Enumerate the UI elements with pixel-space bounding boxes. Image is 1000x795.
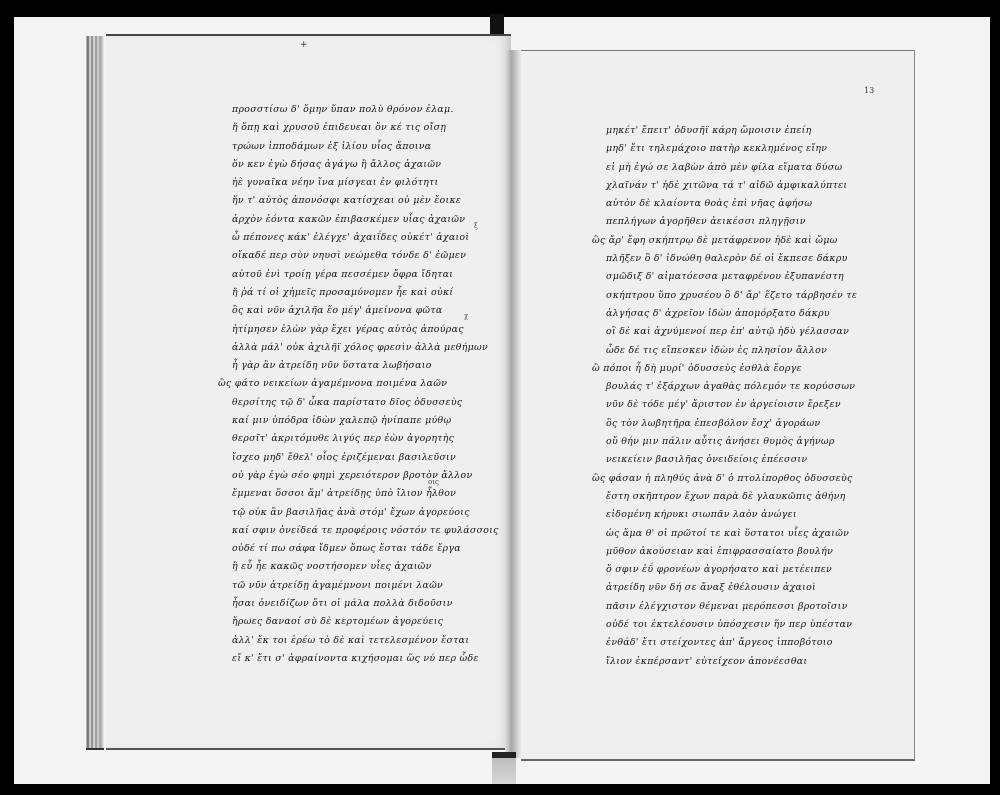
left-page-text: προσστίσω δ' ὅμην ὕπαν πολὺ θρόνον ἐλαμ.…	[232, 101, 472, 668]
text-line: βουλάς τ' ἐξάρχων ἀγαθὰς πόλεμόν τε κορύ…	[606, 378, 842, 396]
bookmark-strip	[492, 752, 516, 784]
text-line: ἀλγήσας δ' ἀχρεῖον ἰδὼν ἀπομόρξατο δάκρυ	[606, 305, 842, 323]
text-line: ὣς ἄρ' ἔφη σκήπτρῳ δὲ μετάφρενον ἠδὲ καὶ…	[592, 232, 842, 250]
text-line: ἴλιον ἐκπέρσαντ' εὐτείχεον ἀπονέεσθαι	[606, 653, 842, 671]
left-folio-mark: +	[300, 40, 308, 50]
text-line: εἴ κ' ἔτι σ' ἀφραίνοντα κιχήσομαι ὥς νύ …	[232, 650, 472, 668]
text-line: ἔστη σκῆπτρον ἔχων παρὰ δὲ γλαυκῶπις ἀθή…	[606, 488, 842, 506]
margin-note: ξ	[474, 222, 478, 230]
text-line: αὐτὸν δὲ κλαίοντα θοὰς ἐπὶ νῆας ἀφήσω	[606, 195, 842, 213]
book-clamp	[490, 14, 504, 36]
text-line: πλῆξεν ὃ δ' ἰδνώθη θαλερὸν δέ οἱ ἔκπεσε …	[606, 250, 842, 268]
text-line: ἢ εὖ ἦε κακῶς νοστήσομεν υἷες ἀχαιῶν	[232, 558, 472, 576]
text-line: ὣς φάτο νεικείων ἀγαμέμνονα ποιμένα λαῶν	[218, 375, 472, 393]
book-gutter	[505, 50, 521, 758]
text-line: εἰ μὴ ἐγώ σε λαβὼν ἀπὸ μὲν φίλα εἵματα δ…	[606, 159, 842, 177]
text-line: μηκέτ' ἔπειτ' ὀδυσῆϊ κάρη ὤμοισιν ἐπείη	[606, 122, 842, 140]
text-line: ἴσχεο μηδ' ἔθελ' οἶος ἐριζέμεναι βασιλεῦ…	[232, 449, 472, 467]
text-line: ὃς καὶ νῦν ἀχιλῆα ἕο μέγ' ἀμείνονα φῶτα	[232, 302, 472, 320]
text-line: ὃς τὸν λωβητῆρα ἐπεσβόλον ἔσχ' ἀγοράων	[606, 415, 842, 433]
text-line: νεικείειν βασιλῆας ὀνειδείοις ἐπέεσσιν	[606, 451, 842, 469]
right-folio-number: 13	[864, 86, 874, 95]
text-line: ἥρωες δαναοί σὺ δὲ κερτομέων ἀγορεύεις	[232, 613, 472, 631]
text-line: ἦ γὰρ ἂν ἀτρείδη νῦν ὕστατα λωβήσαιο	[232, 357, 472, 375]
text-line: ἤ ὅπῃ καὶ χρυσοῦ ἐπιδευεαι ὅν κέ τις οἴσ…	[232, 119, 472, 137]
text-line: ὅν κεν ἐγὼ δήσας ἀγάγω ἢ ἄλλος ἀχαιῶν	[232, 156, 472, 174]
text-line: οἳ δὲ καὶ ἀχνύμενοί περ ἐπ' αὐτῷ ἡδὺ γέλ…	[606, 323, 842, 341]
text-line: ἔμμεναι ὅσσοι ἅμ' ἀτρείδῃς ὑπὸ ἴλιον ἦλθ…	[232, 485, 472, 503]
text-line: ὦ πέπονες κάκ' ἐλέγχε' ἀχαιΐδες οὐκέτ' ἀ…	[232, 229, 472, 247]
text-line: τρώων ἱπποδάμων ἐξ ἰλίου υἷος ἄποινα	[232, 138, 472, 156]
text-line: ἠὲ γυναῖκα νέην ἵνα μίσγεαι ἐν φιλότητι	[232, 174, 472, 192]
right-page-text: μηκέτ' ἔπειτ' ὀδυσῆϊ κάρη ὤμοισιν ἐπείη …	[606, 122, 842, 671]
text-line: προσστίσω δ' ὅμην ὕπαν πολὺ θρόνον ἐλαμ.	[232, 101, 472, 119]
text-line: τῶ νῦν ἀτρείδῃ ἀγαμέμνονι ποιμένι λαῶν	[232, 577, 472, 595]
page-edges-stack	[86, 36, 104, 750]
text-line: εἰδομένη κήρυκι σιωπᾶν λαὸν ἀνώγει	[606, 506, 842, 524]
text-line: σμῶδιξ δ' αἱματόεσσα μεταφρένου ἐξυπανέσ…	[606, 268, 842, 286]
text-line: σκήπτρου ὕπο χρυσέου ὃ δ' ἄρ' ἕζετο τάρβ…	[606, 287, 842, 305]
text-line: καί μιν ὑπόδρα ἰδὼν χαλεπῷ ἠνίπαπε μύθῳ	[232, 412, 472, 430]
text-line: ὢ πόποι ἦ δὴ μυρί' ὀδυσσεὺς ἐσθλὰ ἔοργε	[592, 360, 842, 378]
text-line: οὐδέ τί πω σάφα ἴδμεν ὅπως ἔσται τάδε ἔρ…	[232, 540, 472, 558]
text-line: ἐνθάδ' ἔτι στείχοντες ἀπ' ἄργεος ἱπποβότ…	[606, 634, 842, 652]
text-line: τῷ οὐκ ἂν βασιλῆας ἀνὰ στόμ' ἔχων ἀγορεύ…	[232, 504, 472, 522]
text-line: ὡς ἅμα θ' οἱ πρῶτοί τε καὶ ὕστατοι υἷες …	[606, 525, 842, 543]
text-line: πεπλήγων ἀγορῆθεν ἀεικέσσι πληγῇσιν	[606, 213, 842, 231]
text-line: ἤ ῥά τί οἱ χἠμεῖς προσαμύνομεν ἦε καὶ οὐ…	[232, 284, 472, 302]
text-line: ἀρχὸν ἐόντα κακῶν ἐπιβασκέμεν υἷας ἀχαιῶ…	[232, 211, 472, 229]
text-line: ὅ σφιν ἐΰ φρονέων ἀγορήσατο καὶ μετέειπε…	[606, 561, 842, 579]
text-line: ἀτρείδη νῦν δή σε ἄναξ ἐθέλουσιν ἀχαιοὶ	[606, 579, 842, 597]
text-line: νῦν δὲ τόδε μέγ' ἄριστον ἐν ἀργείοισιν ἔ…	[606, 396, 842, 414]
text-line: ἀλλὰ μάλ' οὐκ ἀχιλῆϊ χόλος φρεσὶν ἀλλὰ μ…	[232, 339, 472, 357]
text-line: οὐ γὰρ ἐγὼ σέο φημὶ χερειότερον βροτὸν ἄ…	[232, 467, 472, 485]
text-line: οὔ θήν μιν πάλιν αὖτις ἀνήσει θυμὸς ἀγήν…	[606, 433, 842, 451]
text-line: ὣς φάσαν ἡ πληθύς ἀνὰ δ' ὁ πτολίπορθος ὀ…	[592, 470, 842, 488]
text-line: θερσίτης τῷ δ' ὦκα παρίστατο δῖος ὀδυσσε…	[232, 394, 472, 412]
text-line: οὐδέ τοι ἐκτελέουσιν ὑπόσχεσιν ἥν περ ὑπ…	[606, 616, 842, 634]
text-line: ἧσαι ὀνειδίζων ὅτι οἱ μάλα πολλὰ διδοῦσι…	[232, 595, 472, 613]
text-line: ἀλλ' ἔκ τοι ἐρέω τὸ δὲ καὶ τετελεσμένον …	[232, 632, 472, 650]
text-line: ὧδε δέ τις εἴπεσκεν ἰδὼν ἐς πλησίον ἄλλο…	[606, 342, 842, 360]
text-line: πᾶσιν ἐλέγχιστον θέμεναι μερόπεσσι βροτο…	[606, 598, 842, 616]
text-line: αὐτοῦ ἐνὶ τροίῃ γέρα πεσσέμεν ὄφρα ἴδητα…	[232, 266, 472, 284]
text-line: μῦθον ἀκούσειαν καὶ ἐπιφρασσαίατο βουλήν	[606, 543, 842, 561]
text-line: ἥν τ' αὐτὸς ἀπονόσφι κατίσχεαι οὐ μὲν ἔο…	[232, 192, 472, 210]
text-line: ἠτίμησεν ἑλὼν γὰρ ἔχει γέρας αὐτὸς ἀπούρ…	[232, 321, 472, 339]
text-line: χλαῖνάν τ' ἠδὲ χιτῶνα τά τ' αἰδῶ ἀμφικαλ…	[606, 177, 842, 195]
text-line: θερσῖτ' ἀκριτόμυθε λιγύς περ ἐὼν ἀγορητὴ…	[232, 430, 472, 448]
text-line: μηδ' ἔτι τηλεμάχοιο πατὴρ κεκλημένος εἴη…	[606, 140, 842, 158]
text-line: οἴκαδέ περ σὺν νηυσὶ νεώμεθα τόνδε δ' ἐῶ…	[232, 247, 472, 265]
text-line: καί σφιν ὀνείδεά τε προφέροις νόστόν τε …	[232, 522, 472, 540]
